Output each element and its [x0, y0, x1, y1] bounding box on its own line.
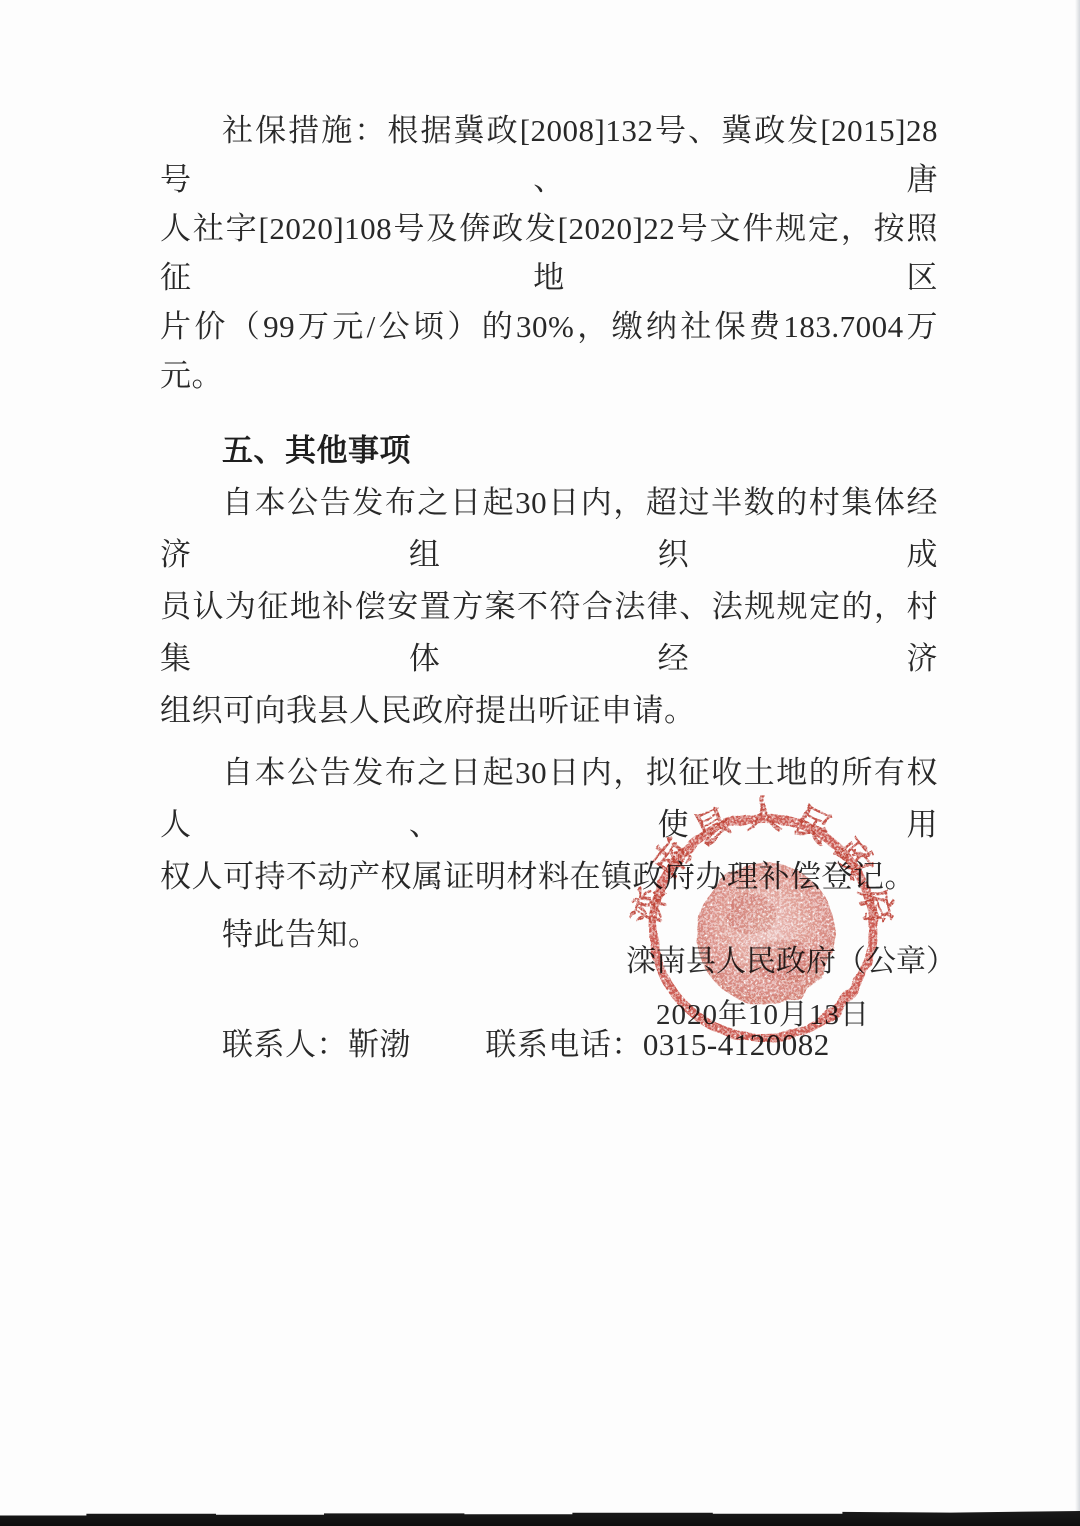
- text-line: 自本公告发布之日起30日内，超过半数的村集体经济组织成: [160, 477, 938, 581]
- text-line: 权人可持不动产权属证明材料在镇政府办理补偿登记。: [160, 851, 938, 903]
- section-heading-other-matters: 五、其他事项: [160, 426, 938, 475]
- contact-person-label: 联系人：: [222, 1027, 348, 1062]
- contact-person-name: 靳渤: [348, 1027, 411, 1062]
- document-page: 社保措施：根据冀政[2008]132号、冀政发[2015]28号、唐 人社字[2…: [0, 0, 1080, 1526]
- text-line: 组织可向我县人民政府提出听证申请。: [160, 685, 938, 737]
- text-line: 人社字[2020]108号及倴政发[2020]22号文件规定，按照征地区: [160, 204, 938, 302]
- signature-issuer: 滦南县人民政府（公章）: [626, 936, 956, 980]
- scan-right-edge: [1075, 0, 1080, 1526]
- text-line: 社保措施：根据冀政[2008]132号、冀政发[2015]28号、唐: [160, 106, 938, 204]
- text-line: 自本公告发布之日起30日内，拟征收土地的所有权人、使用: [160, 747, 938, 851]
- paragraph-compensation-registration: 自本公告发布之日起30日内，拟征收土地的所有权人、使用 权人可持不动产权属证明材…: [160, 747, 938, 903]
- document-body: 社保措施：根据冀政[2008]132号、冀政发[2015]28号、唐 人社字[2…: [160, 106, 938, 1071]
- scan-bottom-edge-bar: [0, 1509, 1080, 1526]
- text-line: 片价（99万元/公顷）的30%，缴纳社保费183.7004万元。: [160, 302, 938, 400]
- signature-date: 2020年10月13日: [613, 992, 913, 1033]
- paragraph-hearing-request: 自本公告发布之日起30日内，超过半数的村集体经济组织成 员认为征地补偿安置方案不…: [160, 477, 938, 737]
- text-line: 员认为征地补偿安置方案不符合法律、法规规定的，村集体经济: [160, 581, 938, 685]
- paragraph-social-security: 社保措施：根据冀政[2008]132号、冀政发[2015]28号、唐 人社字[2…: [160, 106, 938, 400]
